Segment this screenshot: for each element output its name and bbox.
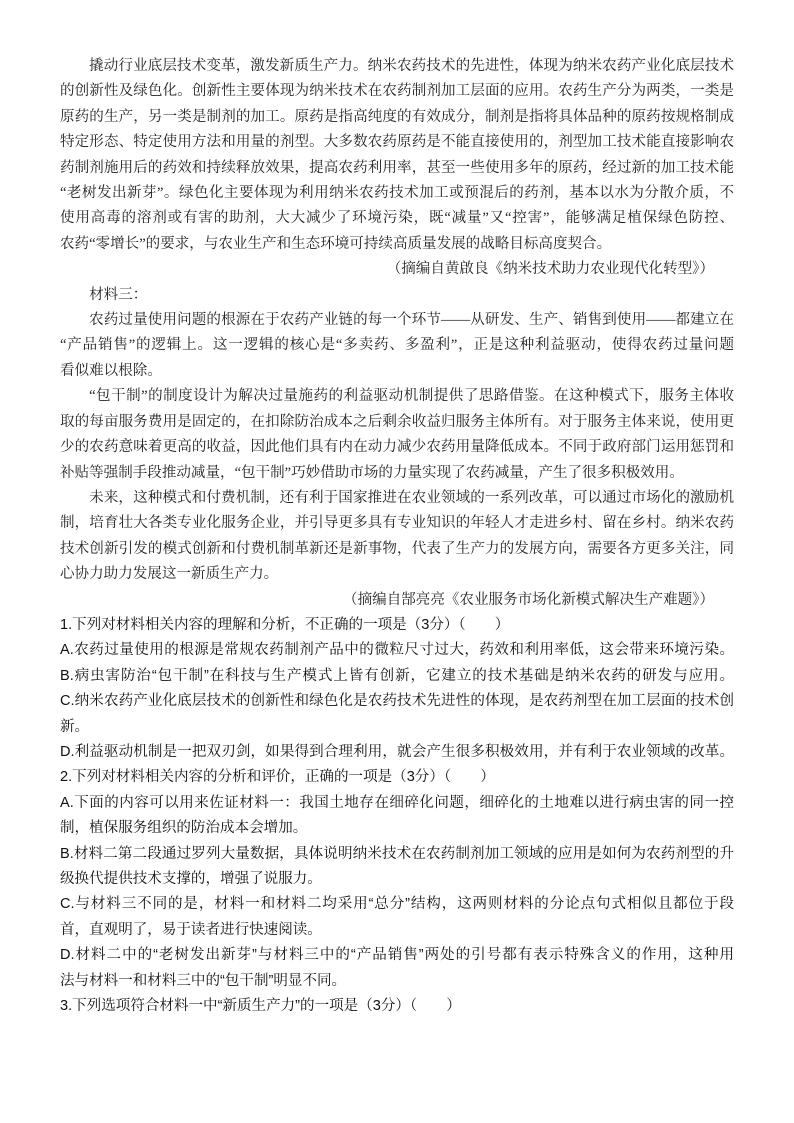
question-stem: 1.下列对材料相关内容的理解和分析，不正确的一项是（3分）（ ） xyxy=(60,613,734,638)
option-line: 法与材料一和材料三中的“包干制”明显不同。 xyxy=(60,969,734,994)
material-line: 制，培育壮大各类专业化服务企业，并引导更多具有专业知识的年轻人才走进乡村、留在乡… xyxy=(60,511,734,536)
option-line: B.材料二第二段通过罗列大量数据，具体说明纳米技术在农药制剂加工领域的应用是如何… xyxy=(60,842,734,867)
option-line: D.利益驱动机制是一把双刃剑，如果得到合理利用，就会产生很多积极效用，并有利于农… xyxy=(60,740,734,765)
material-two-passage: 撬动行业底层技术变革，激发新质生产力。纳米农药技术的先进性，体现为纳米农药产业化… xyxy=(60,54,734,283)
material-line: 的创新性及绿色化。创新性主要体现为纳米技术在农药制剂加工层面的应用。农药生产分为… xyxy=(60,79,734,104)
question-stem: 2.下列对材料相关内容的分析和评价，正确的一项是（3分）（ ） xyxy=(60,765,734,790)
option-line: 首，直观明了，易于读者进行快速阅读。 xyxy=(60,918,734,943)
material-line: 看似难以根除。 xyxy=(60,359,734,384)
exam-page: 撬动行业底层技术变革，激发新质生产力。纳米农药技术的先进性，体现为纳米农药产业化… xyxy=(0,0,794,1123)
material-line: 药制剂施用后的药效和持续释放效果，提高农药利用率，甚至一些使用多年的原药，经过新… xyxy=(60,156,734,181)
material-line: 补贴等强制手段推动减量，“包干制”巧妙借助市场的力量实现了农药减量，产生了很多积… xyxy=(60,461,734,486)
material-line: 农药过量使用问题的根源在于农药产业链的每一个环节——从研发、生产、销售到使用——… xyxy=(60,308,734,333)
citation-line: （摘编自黄啟良《纳米技术助力农业现代化转型》） xyxy=(60,257,734,282)
material-line: “老树发出新芽”。绿色化主要体现为利用纳米农药技术加工或预混后的药剂，基本以水为… xyxy=(60,181,734,206)
material-line: 使用高毒的溶剂或有害的助剂，大大减少了环境污染，既“减量”又“控害”，能够满足植… xyxy=(60,206,734,231)
option-line: C.与材料三不同的是，材料一和材料二均采用“总分”结构，这两则材料的分论点句式相… xyxy=(60,892,734,917)
question-stem: 3.下列选项符合材料一中“新质生产力”的一项是（3分）（ ） xyxy=(60,994,734,1019)
option-line: 制，植保服务组织的防治成本会增加。 xyxy=(60,816,734,841)
material-line: “包干制”的制度设计为解决过量施药的利益驱动机制提供了思路借鉴。在这种模式下，服… xyxy=(60,384,734,409)
material-line: 未来，这种模式和付费机制，还有利于国家推进在农业领域的一系列改革，可以通过市场化… xyxy=(60,486,734,511)
question-1-block: 1.下列对材料相关内容的理解和分析，不正确的一项是（3分）（ ）A.农药过量使用… xyxy=(60,613,734,765)
material-line: 心协力助力发展这一新质生产力。 xyxy=(60,562,734,587)
question-2-block: 2.下列对材料相关内容的分析和评价，正确的一项是（3分）（ ）A.下面的内容可以… xyxy=(60,765,734,994)
material-line: 撬动行业底层技术变革，激发新质生产力。纳米农药技术的先进性，体现为纳米农药产业化… xyxy=(60,54,734,79)
option-line: B.病虫害防治“包干制”在科技与生产模式上皆有创新，它建立的技术基础是纳米农药的… xyxy=(60,664,734,689)
material-line: 少的农药意味着更高的收益，因此他们具有内在动力减少农药用量降低成本。不同于政府部… xyxy=(60,435,734,460)
question-3-block: 3.下列选项符合材料一中“新质生产力”的一项是（3分）（ ） xyxy=(60,994,734,1019)
citation-line: （摘编自郜亮亮《农业服务市场化新模式解决生产难题》） xyxy=(60,588,734,613)
material-line: 原药的生产，另一类是制剂的加工。原药是指高纯度的有效成分，制剂是指将具体品种的原… xyxy=(60,105,734,130)
material-line: 农药“零增长”的要求，与农业生产和生态环境可持续高质量发展的战略目标高度契合。 xyxy=(60,232,734,257)
material-line: “产品销售”的逻辑上。这一逻辑的核心是“多卖药、多盈利”，正是这种利益驱动，使得… xyxy=(60,333,734,358)
option-line: 新。 xyxy=(60,715,734,740)
material-three-passage: 材料三：农药过量使用问题的根源在于农药产业链的每一个环节——从研发、生产、销售到… xyxy=(60,283,734,613)
option-line: A.下面的内容可以用来佐证材料一：我国土地存在细碎化问题，细碎化的土地难以进行病… xyxy=(60,791,734,816)
option-line: 级换代提供技术支撑的，增强了说服力。 xyxy=(60,867,734,892)
option-line: C.纳米农药产业化底层技术的创新性和绿色化是农药技术先进性的体现，是农药剂型在加… xyxy=(60,689,734,714)
option-line: A.农药过量使用的根源是常规农药制剂产品中的微粒尺寸过大，药效和利用率低，这会带… xyxy=(60,638,734,663)
material-line: 特定形态、特定使用方法和用量的剂型。大多数农药原药是不能直接使用的，剂型加工技术… xyxy=(60,130,734,155)
material-line: 技术创新引发的模式创新和付费机制革新还是新事物，代表了生产力的发展方向，需要各方… xyxy=(60,537,734,562)
material-line: 取的每亩服务费用是固定的，在扣除防治成本之后剩余收益归服务主体所有。对于服务主体… xyxy=(60,410,734,435)
option-line: D.材料二中的“老树发出新芽”与材料三中的“产品销售”两处的引号都有表示特殊含义… xyxy=(60,943,734,968)
material-three-heading: 材料三： xyxy=(60,283,734,308)
